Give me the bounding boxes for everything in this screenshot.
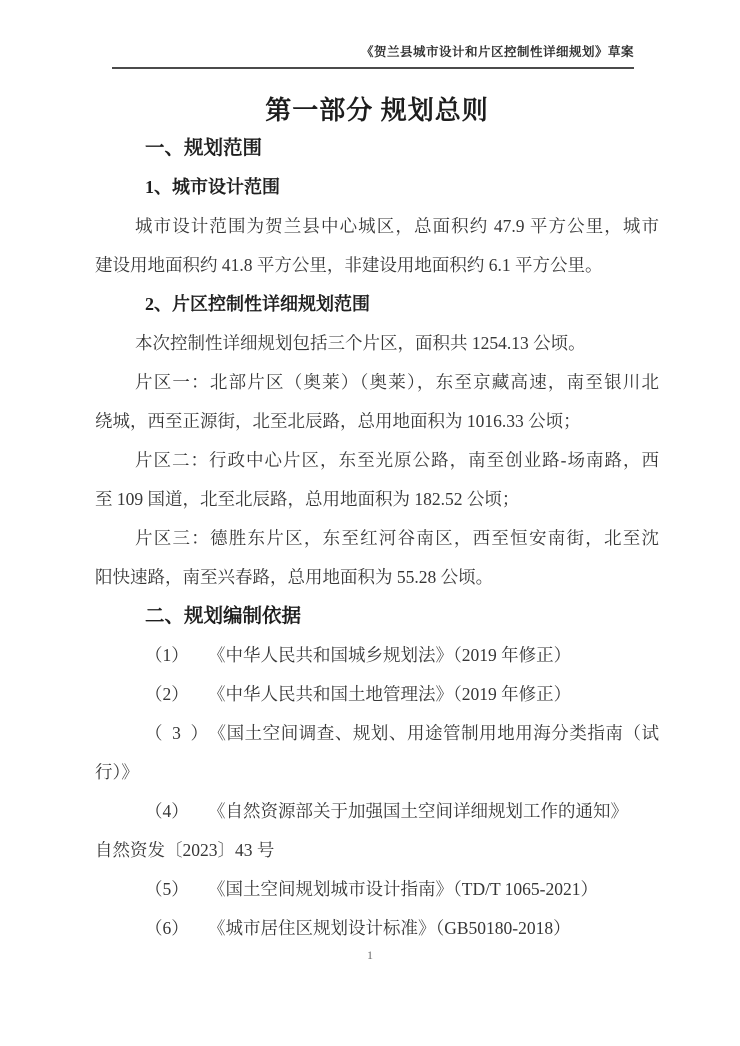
item-text: 《自然资源部关于加强国土空间详细规划工作的通知》 <box>208 801 628 821</box>
item-number: （1） <box>95 636 208 675</box>
zone3-line: 片区三：德胜东片区，东至红河谷南区，西至恒安南街，北至沈 <box>95 519 659 558</box>
reference-item-continuation: 行）》 <box>95 753 659 792</box>
reference-item: （2）《中华人民共和国土地管理法》（2019 年修正） <box>95 675 659 714</box>
item-text: 《中华人民共和国土地管理法》（2019 年修正） <box>208 684 571 704</box>
item-text: 《中华人民共和国城乡规划法》（2019 年修正） <box>208 645 571 665</box>
section1-heading: 一、规划范围 <box>95 129 659 168</box>
section1-sub1-heading: 1、城市设计范围 <box>95 168 659 207</box>
reference-item: （4）《自然资源部关于加强国土空间详细规划工作的通知》 <box>95 792 659 831</box>
item-number: （6） <box>95 909 208 948</box>
document-body: 一、规划范围 1、城市设计范围 城市设计范围为贺兰县中心城区，总面积约 47.9… <box>95 129 659 948</box>
section2-heading: 二、规划编制依据 <box>95 597 659 636</box>
item-number: （3） <box>95 714 208 753</box>
document-page: 《贺兰县城市设计和片区控制性详细规划》草案 第一部分 规划总则 一、规划范围 1… <box>0 0 740 1046</box>
item-text: 《城市居住区规划设计标准》（GB50180-2018） <box>208 918 571 938</box>
zone3-line: 阳快速路，南至兴春路，总用地面积为 55.28 公顷。 <box>95 558 659 597</box>
reference-item-continuation: 自然资发〔2023〕43 号 <box>95 831 659 870</box>
item-text: 《国土空间调查、规划、用途管制用地用海分类指南（试 <box>208 723 659 743</box>
reference-item: （3）《国土空间调查、规划、用途管制用地用海分类指南（试 <box>95 714 659 753</box>
paragraph-line: 本次控制性详细规划包括三个片区，面积共 1254.13 公顷。 <box>95 324 659 363</box>
item-number: （4） <box>95 792 208 831</box>
section1-sub2-heading: 2、片区控制性详细规划范围 <box>95 285 659 324</box>
header-title: 《贺兰县城市设计和片区控制性详细规划》草案 <box>361 45 634 59</box>
document-title: 第一部分 规划总则 <box>95 90 659 127</box>
zone1-line: 片区一：北部片区（奥莱）（奥莱），东至京藏高速，南至银川北 <box>95 363 659 402</box>
reference-item: （6）《城市居住区规划设计标准》（GB50180-2018） <box>95 909 659 948</box>
paragraph-line: 建设用地面积约 41.8 平方公里，非建设用地面积约 6.1 平方公里。 <box>95 246 659 285</box>
zone2-line: 至 109 国道，北至北辰路，总用地面积为 182.52 公顷； <box>95 480 659 519</box>
item-text: 《国土空间规划城市设计指南》（TD/T 1065-2021） <box>208 879 598 899</box>
zone2-line: 片区二：行政中心片区，东至光原公路，南至创业路-场南路，西 <box>95 441 659 480</box>
paragraph-line: 城市设计范围为贺兰县中心城区，总面积约 47.9 平方公里，城市 <box>95 207 659 246</box>
reference-item: （5）《国土空间规划城市设计指南》（TD/T 1065-2021） <box>95 870 659 909</box>
page-number: 1 <box>0 948 740 963</box>
item-number: （2） <box>95 675 208 714</box>
reference-item: （1）《中华人民共和国城乡规划法》（2019 年修正） <box>95 636 659 675</box>
zone1-line: 绕城，西至正源街，北至北辰路，总用地面积为 1016.33 公顷； <box>95 402 659 441</box>
item-number: （5） <box>95 870 208 909</box>
page-header: 《贺兰县城市设计和片区控制性详细规划》草案 <box>112 42 634 69</box>
